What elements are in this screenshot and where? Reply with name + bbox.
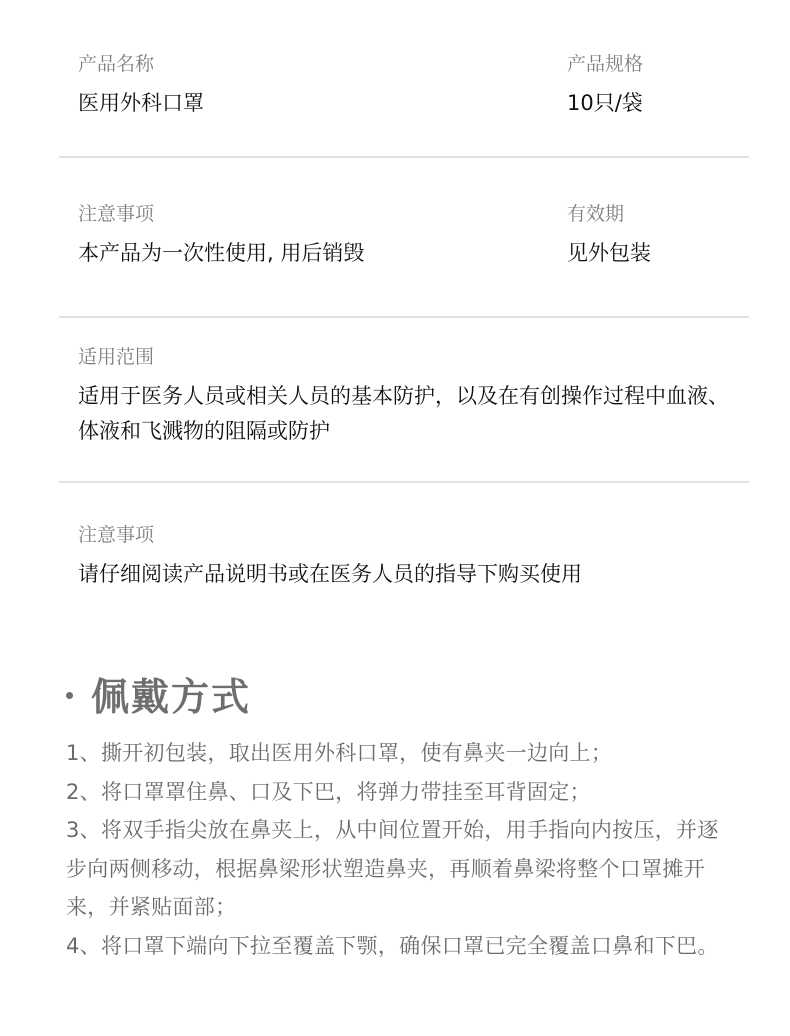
precautions-label: 注意事项: [78, 202, 364, 226]
usage-notice-field: 注意事项 请仔细阅读产品说明书或在医务人员的指导下购买使用: [78, 523, 582, 587]
usage-notice-label: 注意事项: [78, 523, 582, 547]
wearing-method-heading: 佩戴方式: [60, 668, 251, 718]
wearing-steps-list: 1、撕开初包装，取出医用外科口罩，使有鼻夹一边向上； 2、将口罩罩住鼻、口及下巴…: [66, 734, 736, 965]
expiry-value: 见外包装: [567, 240, 651, 266]
precautions-value: 本产品为一次性使用, 用后销毁: [78, 240, 364, 266]
bullet-icon: [66, 692, 73, 699]
wearing-step-4: 4、将口罩下端向下拉至覆盖下颚，确保口罩已完全覆盖口鼻和下巴。: [66, 927, 736, 966]
divider: [59, 156, 749, 158]
usage-notice-value: 请仔细阅读产品说明书或在医务人员的指导下购买使用: [78, 561, 582, 587]
divider: [59, 316, 749, 318]
wearing-step-2: 2、将口罩罩住鼻、口及下巴，将弹力带挂至耳背固定；: [66, 773, 736, 812]
product-name-value: 医用外科口罩: [78, 90, 204, 116]
product-spec-value: 10只/袋: [567, 90, 643, 116]
product-name-label: 产品名称: [78, 52, 204, 76]
expiry-field: 有效期 见外包装: [567, 202, 651, 266]
product-name-field: 产品名称 医用外科口罩: [78, 52, 204, 116]
scope-value: 适用于医务人员或相关人员的基本防护，以及在有创操作过程中血液、体液和飞溅物的阻隔…: [78, 379, 748, 449]
scope-label: 适用范围: [78, 345, 748, 369]
wearing-step-3: 3、将双手指尖放在鼻夹上，从中间位置开始，用手指向内按压，并逐步向两侧移动，根据…: [66, 811, 736, 927]
wearing-method-title: 佩戴方式: [91, 666, 251, 721]
wearing-step-1: 1、撕开初包装，取出医用外科口罩，使有鼻夹一边向上；: [66, 734, 736, 773]
precautions-field: 注意事项 本产品为一次性使用, 用后销毁: [78, 202, 364, 266]
divider: [59, 481, 749, 483]
expiry-label: 有效期: [567, 202, 651, 226]
product-spec-field: 产品规格 10只/袋: [567, 52, 643, 116]
scope-field: 适用范围 适用于医务人员或相关人员的基本防护，以及在有创操作过程中血液、体液和飞…: [78, 345, 748, 449]
product-spec-label: 产品规格: [567, 52, 643, 76]
